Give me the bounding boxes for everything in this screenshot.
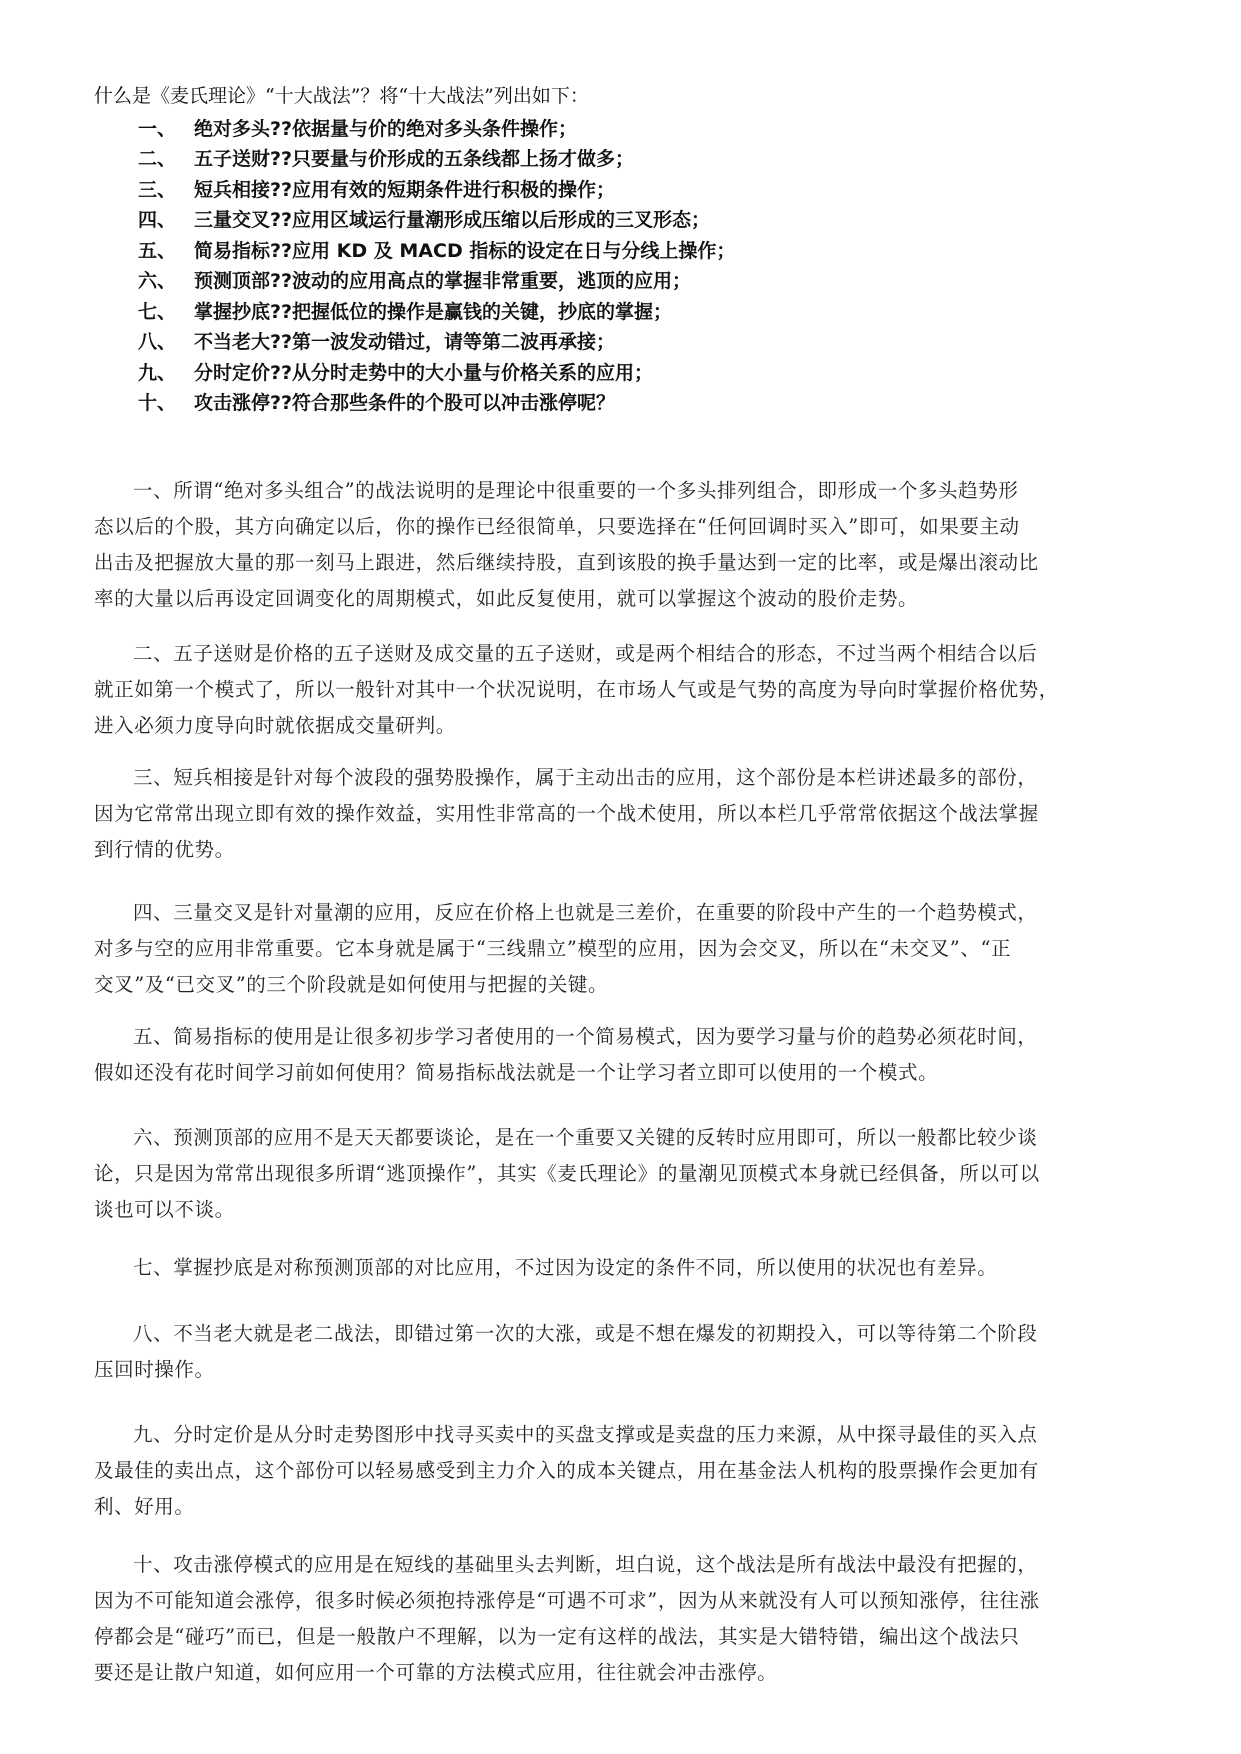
paragraph-line: 要还是让散户知道，如何应用一个可靠的方法模式应用，往往就会冲击涨停。	[94, 1655, 1146, 1691]
paragraph-line: 三、短兵相接是针对每个波段的强势股操作，属于主动出击的应用，这个部份是本栏讲述最…	[94, 760, 1146, 796]
paragraph-3: 三、短兵相接是针对每个波段的强势股操作，属于主动出击的应用，这个部份是本栏讲述最…	[94, 760, 1146, 868]
paragraph-line: 一、所谓“绝对多头组合”的战法说明的是理论中很重要的一个多头排列组合，即形成一个…	[94, 473, 1146, 509]
paragraph-line: 五、简易指标的使用是让很多初步学习者使用的一个简易模式，因为要学习量与价的趋势必…	[94, 1019, 1146, 1055]
paragraph-line: 谈也可以不谈。	[94, 1192, 1146, 1228]
paragraph-line: 十、攻击涨停模式的应用是在短线的基础里头去判断，坦白说，这个战法是所有战法中最没…	[94, 1547, 1146, 1583]
paragraph-line: 利、好用。	[94, 1489, 1146, 1525]
tactic-text: 五子送财??只要量与价形成的五条线都上扬才做多；	[194, 144, 634, 171]
tactic-number: 一、	[138, 114, 194, 141]
tactic-number: 七、	[138, 297, 194, 324]
paragraph-9: 九、分时定价是从分时走势图形中找寻买卖中的买盘支撑或是卖盘的压力来源，从中探寻最…	[94, 1417, 1146, 1525]
paragraph-line: 及最佳的卖出点，这个部份可以轻易感受到主力介入的成本关键点，用在基金法人机构的股…	[94, 1453, 1146, 1489]
tactic-item: 四、三量交叉??应用区域运行量潮形成压缩以后形成的三叉形态；	[138, 204, 735, 235]
paragraph-line: 二、五子送财是价格的五子送财及成交量的五子送财，或是两个相结合的形态，不过当两个…	[94, 636, 1146, 672]
paragraph-line: 七、掌握抄底是对称预测顶部的对比应用，不过因为设定的条件不同，所以使用的状况也有…	[94, 1250, 1146, 1286]
tactic-number: 三、	[138, 175, 194, 202]
paragraph-line: 六、预测顶部的应用不是天天都要谈论，是在一个重要又关键的反转时应用即可，所以一般…	[94, 1120, 1146, 1156]
tactic-number: 九、	[138, 358, 194, 385]
paragraph-7: 七、掌握抄底是对称预测顶部的对比应用，不过因为设定的条件不同，所以使用的状况也有…	[94, 1250, 1146, 1286]
intro-line: 什么是《麦氏理论》“十大战法”？将“十大战法”列出如下：	[94, 82, 589, 110]
tactic-number: 四、	[138, 205, 194, 232]
tactic-text: 简易指标??应用 KD 及 MACD 指标的设定在日与分线上操作；	[194, 236, 735, 263]
tactic-item: 八、不当老大??第一波发动错过，请等第二波再承接；	[138, 326, 735, 357]
tactic-number: 五、	[138, 236, 194, 263]
paragraph-6: 六、预测顶部的应用不是天天都要谈论，是在一个重要又关键的反转时应用即可，所以一般…	[94, 1120, 1146, 1228]
tactic-text: 攻击涨停??符合那些条件的个股可以冲击涨停呢？	[194, 388, 615, 415]
paragraph-line: 论，只是因为常常出现很多所谓“逃顶操作”，其实《麦氏理论》的量潮见顶模式本身就已…	[94, 1156, 1146, 1192]
paragraph-line: 因为它常常出现立即有效的操作效益，实用性非常高的一个战术使用，所以本栏几乎常常依…	[94, 796, 1146, 832]
paragraph-line: 到行情的优势。	[94, 832, 1146, 868]
paragraph-line: 因为不可能知道会涨停，很多时候必须抱持涨停是“可遇不可求”，因为从来就没有人可以…	[94, 1583, 1146, 1619]
paragraph-line: 四、三量交叉是针对量潮的应用，反应在价格上也就是三差价，在重要的阶段中产生的一个…	[94, 895, 1146, 931]
tactic-number: 二、	[138, 144, 194, 171]
paragraph-line: 八、不当老大就是老二战法，即错过第一次的大涨，或是不想在爆发的初期投入，可以等待…	[94, 1316, 1146, 1352]
tactic-number: 八、	[138, 327, 194, 354]
paragraph-line: 假如还没有花时间学习前如何使用？简易指标战法就是一个让学习者立即可以使用的一个模…	[94, 1055, 1146, 1091]
tactic-number: 六、	[138, 266, 194, 293]
paragraph-8: 八、不当老大就是老二战法，即错过第一次的大涨，或是不想在爆发的初期投入，可以等待…	[94, 1316, 1146, 1388]
tactic-text: 预测顶部??波动的应用高点的掌握非常重要，逃顶的应用；	[194, 266, 691, 293]
paragraph-line: 对多与空的应用非常重要。它本身就是属于“三线鼎立”模型的应用，因为会交叉，所以在…	[94, 931, 1146, 967]
tactic-item: 十、攻击涨停??符合那些条件的个股可以冲击涨停呢？	[138, 387, 735, 418]
paragraph-4: 四、三量交叉是针对量潮的应用，反应在价格上也就是三差价，在重要的阶段中产生的一个…	[94, 895, 1146, 1003]
tactic-text: 掌握抄底??把握低位的操作是赢钱的关键，抄底的掌握；	[194, 297, 672, 324]
tactic-item: 一、绝对多头??依据量与价的绝对多头条件操作；	[138, 112, 735, 143]
tactic-text: 不当老大??第一波发动错过，请等第二波再承接；	[194, 327, 615, 354]
tactic-number: 十、	[138, 388, 194, 415]
paragraph-line: 出击及把握放大量的那一刻马上跟进，然后继续持股，直到该股的换手量达到一定的比率，…	[94, 545, 1146, 581]
paragraph-line: 交叉”及“已交叉”的三个阶段就是如何使用与把握的关键。	[94, 967, 1146, 1003]
paragraph-1: 一、所谓“绝对多头组合”的战法说明的是理论中很重要的一个多头排列组合，即形成一个…	[94, 473, 1146, 617]
paragraph-line: 九、分时定价是从分时走势图形中找寻买卖中的买盘支撑或是卖盘的压力来源，从中探寻最…	[94, 1417, 1146, 1453]
paragraph-2: 二、五子送财是价格的五子送财及成交量的五子送财，或是两个相结合的形态，不过当两个…	[94, 636, 1146, 744]
paragraph-line: 态以后的个股，其方向确定以后，你的操作已经很简单，只要选择在“任何回调时买入”即…	[94, 509, 1146, 545]
tactic-item: 六、预测顶部??波动的应用高点的掌握非常重要，逃顶的应用；	[138, 265, 735, 296]
paragraph-10: 十、攻击涨停模式的应用是在短线的基础里头去判断，坦白说，这个战法是所有战法中最没…	[94, 1547, 1146, 1691]
paragraph-line: 就正如第一个模式了，所以一般针对其中一个状况说明，在市场人气或是气势的高度为导向…	[94, 672, 1146, 708]
paragraph-line: 进入必须力度导向时就依据成交量研判。	[94, 708, 1146, 744]
paragraph-5: 五、简易指标的使用是让很多初步学习者使用的一个简易模式，因为要学习量与价的趋势必…	[94, 1019, 1146, 1091]
tactic-item: 九、分时定价??从分时走势中的大小量与价格关系的应用；	[138, 356, 735, 387]
document-page: 什么是《麦氏理论》“十大战法”？将“十大战法”列出如下： 一、绝对多头??依据量…	[0, 0, 1241, 1754]
paragraph-line: 率的大量以后再设定回调变化的周期模式，如此反复使用，就可以掌握这个波动的股价走势…	[94, 581, 1146, 617]
tactics-list: 一、绝对多头??依据量与价的绝对多头条件操作； 二、五子送财??只要量与价形成的…	[138, 112, 735, 417]
tactic-text: 三量交叉??应用区域运行量潮形成压缩以后形成的三叉形态；	[194, 205, 710, 232]
paragraph-line: 压回时操作。	[94, 1352, 1146, 1388]
tactic-item: 五、简易指标??应用 KD 及 MACD 指标的设定在日与分线上操作；	[138, 234, 735, 265]
tactic-text: 短兵相接??应用有效的短期条件进行积极的操作；	[194, 175, 615, 202]
paragraph-line: 停都会是“碰巧”而已，但是一般散户不理解，以为一定有这样的战法，其实是大错特错，…	[94, 1619, 1146, 1655]
tactic-item: 七、掌握抄底??把握低位的操作是赢钱的关键，抄底的掌握；	[138, 295, 735, 326]
tactic-item: 三、短兵相接??应用有效的短期条件进行积极的操作；	[138, 173, 735, 204]
tactic-text: 分时定价??从分时走势中的大小量与价格关系的应用；	[194, 358, 653, 385]
tactic-item: 二、五子送财??只要量与价形成的五条线都上扬才做多；	[138, 143, 735, 174]
tactic-text: 绝对多头??依据量与价的绝对多头条件操作；	[194, 114, 577, 141]
